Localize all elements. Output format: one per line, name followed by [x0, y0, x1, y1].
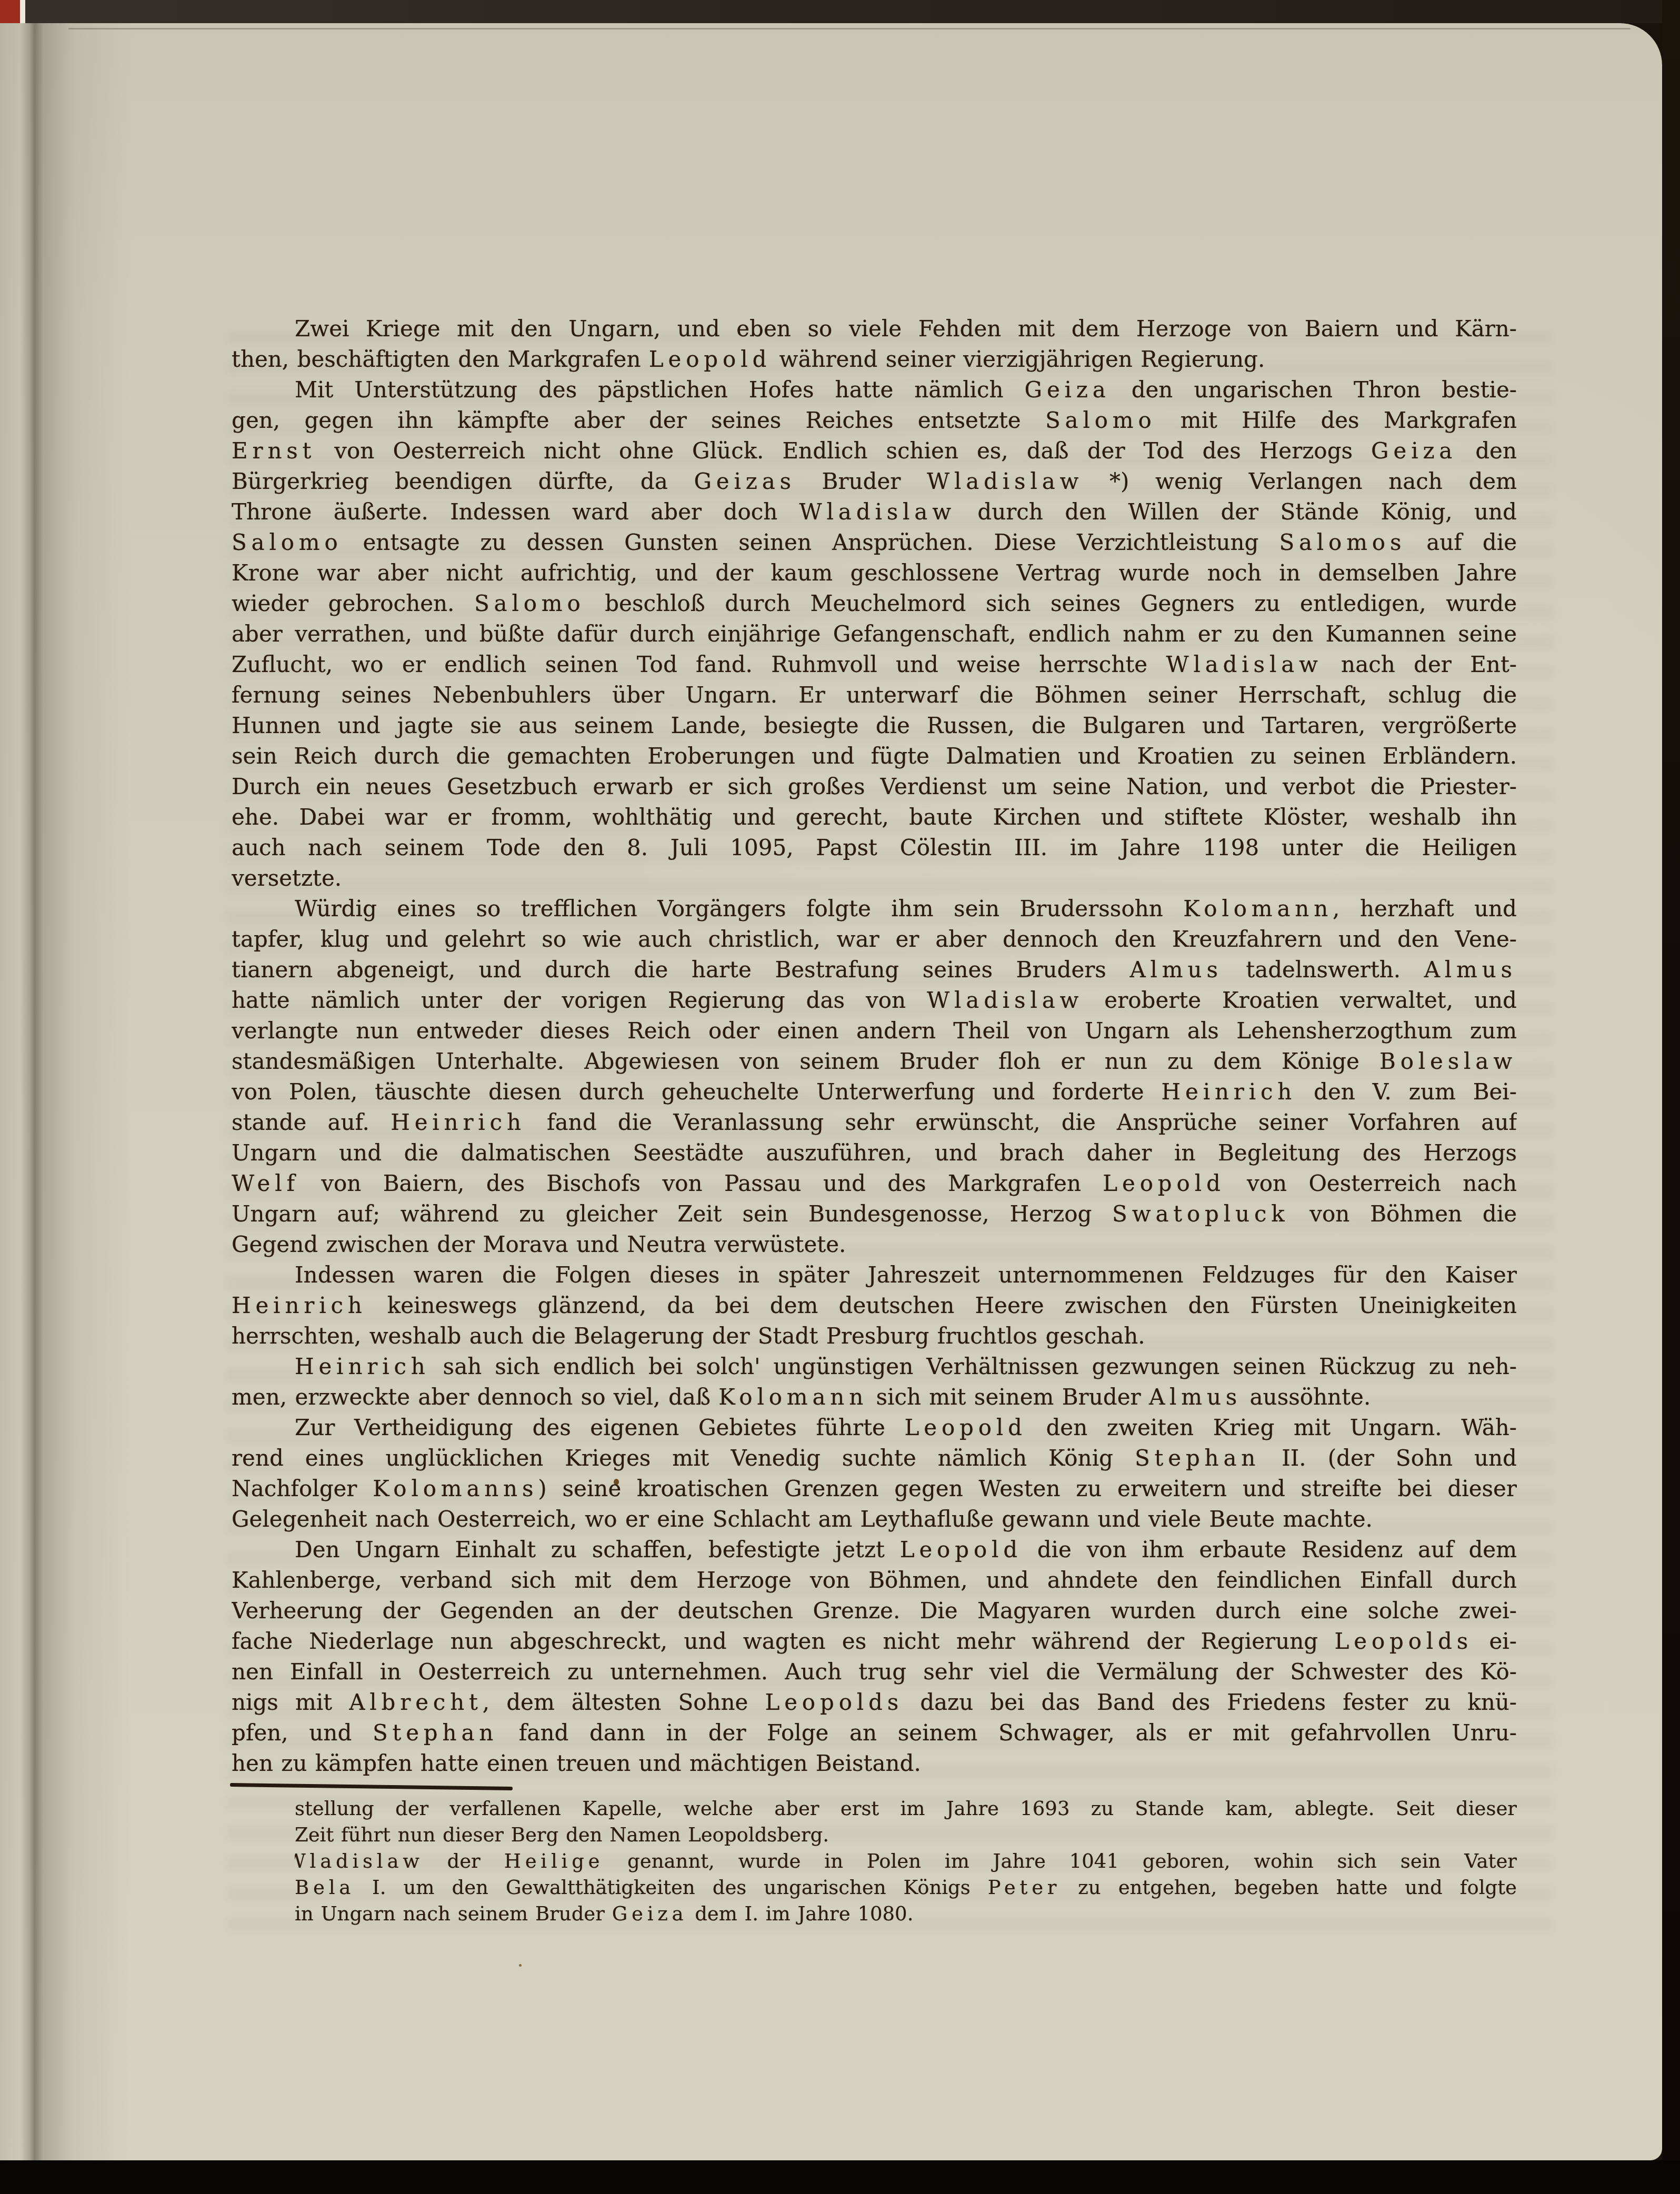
text-run: Mit Unterstützung des päpstlichen Hofes …: [295, 377, 1025, 403]
text-run: sah sich endlich bei solch' ungünstigen …: [430, 1354, 1517, 1379]
text-run: tianern abgeneigt, und durch die harte B…: [232, 957, 1129, 983]
letterspaced-proper-name: Heinrich: [391, 1109, 526, 1135]
letterspaced-proper-name: Geiza: [1025, 377, 1111, 403]
text-run: beschloß durch Meuchelmord sich seines G…: [585, 590, 1517, 616]
letterspaced-proper-name: Bela: [295, 1876, 355, 1899]
text-line: Bela I. um den Gewaltthätigkeiten des un…: [295, 1875, 1517, 1901]
text-run: entsagte zu dessen Gunsten seinen Ansprü…: [343, 529, 1279, 555]
text-run: stellung der verfallenen Kapelle, welche…: [295, 1797, 1517, 1820]
text-run: der: [424, 1850, 504, 1872]
text-run: Bruder: [796, 468, 927, 494]
text-line: pfen, und Stephan fand dann in der Folge…: [232, 1718, 1517, 1748]
text-run: den V. zum Bei-: [1296, 1079, 1517, 1105]
text-run: Verheerung der Gegenden an der deutschen…: [232, 1598, 1517, 1624]
text-line: Zuflucht, wo er endlich seinen Tod fand.…: [232, 649, 1517, 680]
text-line: Zwei Kriege mit den Ungarn, und eben so …: [232, 314, 1517, 344]
text-line: Gelegenheit nach Oesterreich, wo er eine…: [232, 1504, 1517, 1535]
text-run: aber verrathen, und büßte dafür durch ei…: [232, 621, 1517, 647]
text-run: gen, gegen ihn kämpfte aber der seines R…: [232, 407, 1045, 433]
text-run: men, erzweckte aber dennoch so viel, daß: [232, 1384, 718, 1410]
photo-edge-right: [1662, 0, 1680, 2194]
letterspaced-proper-name: Wladislaw: [927, 987, 1083, 1013]
text-run: tapfer, klug und gelehrt so wie auch chr…: [232, 926, 1517, 952]
text-line: Den Ungarn Einhalt zu schaffen, befestig…: [232, 1535, 1517, 1565]
text-run: sich mit seinem Bruder: [868, 1384, 1149, 1410]
letterspaced-proper-name: Wladislaw: [927, 468, 1083, 494]
letterspaced-proper-name: Peter: [988, 1876, 1061, 1899]
text-line: Salomo entsagte zu dessen Gunsten seinen…: [232, 527, 1517, 558]
text-line: ehe. Dabei war er fromm, wohlthätig und …: [232, 802, 1517, 833]
text-run: nach der Ent-: [1323, 652, 1517, 677]
text-run: Kahlenberge, verband sich mit dem Herzog…: [232, 1567, 1517, 1593]
text-run: Zuflucht, wo er endlich seinen Tod fand.…: [232, 652, 1166, 677]
main-text-block: Zwei Kriege mit den Ungarn, und eben so …: [232, 314, 1517, 1779]
letterspaced-proper-name: Welf: [232, 1170, 299, 1196]
text-run: ehe. Dabei war er fromm, wohlthätig und …: [232, 804, 1517, 830]
text-run: mit Hilfe des Markgrafen: [1156, 407, 1517, 433]
letterspaced-proper-name: Wladislaw: [799, 499, 956, 525]
text-run: then, beschäftigten den Markgrafen: [232, 346, 649, 372]
letterspaced-proper-name: Leopolds: [765, 1689, 903, 1715]
text-run: fache Niederlage nun abgeschreckt, und w…: [232, 1628, 1335, 1654]
text-line: Bürgerkrieg beendigen dürfte, da Geizas …: [232, 466, 1517, 497]
text-run: dazu bei das Band des Friedens fester zu…: [903, 1689, 1517, 1715]
text-run: tadelnswerth.: [1223, 957, 1424, 983]
letterspaced-proper-name: Boleslaw: [1379, 1048, 1517, 1074]
text-run: Gelegenheit nach Oesterreich, wo er eine…: [232, 1506, 1373, 1532]
text-line: Würdig eines so trefflichen Vorgängers f…: [232, 894, 1517, 924]
text-run: Zeit führt nun dieser Berg den Namen Leo…: [295, 1824, 829, 1846]
text-line: standesmäßigen Unterhalte. Abgewiesen vo…: [232, 1046, 1517, 1077]
letterspaced-proper-name: Leopolds: [1335, 1628, 1473, 1654]
text-run: während seiner vierzigjährigen Regierung…: [771, 346, 1265, 372]
text-line: Kahlenberge, verband sich mit dem Herzog…: [232, 1565, 1517, 1596]
photo-edge-bottom: [0, 2160, 1680, 2194]
letterspaced-proper-name: Salomo: [232, 529, 343, 555]
letterspaced-proper-name: Albrecht: [349, 1689, 483, 1715]
text-line: Heinrich sah sich endlich bei solch' ung…: [232, 1351, 1517, 1382]
letterspaced-proper-name: Geizas: [694, 468, 795, 494]
text-run: die von ihm erbaute Residenz auf dem: [1022, 1537, 1517, 1562]
text-run: auch nach seinem Tode den 8. Juli 1095, …: [232, 835, 1517, 860]
letterspaced-proper-name: Wladislaw: [295, 1850, 424, 1872]
text-line: gen, gegen ihn kämpfte aber der seines R…: [232, 405, 1517, 436]
text-run: eroberte Kroatien verwaltet, und: [1083, 987, 1517, 1013]
letterspaced-proper-name: Leopold: [649, 346, 771, 372]
text-run: durch den Willen der Stände König, und: [956, 499, 1517, 525]
text-run: II. (der Sohn und: [1260, 1445, 1517, 1471]
text-line: stellung der verfallenen Kapelle, welche…: [295, 1796, 1517, 1822]
text-line: versetzte.: [232, 863, 1517, 894]
letterspaced-proper-name: Almus: [1129, 957, 1222, 983]
text-run: von Oesterreich nicht ohne Glück. Endlic…: [316, 438, 1371, 464]
text-run: Krone war aber nicht aufrichtig, und der…: [232, 560, 1517, 586]
text-run: fernung seines Nebenbuhlers über Ungarn.…: [232, 682, 1517, 708]
letterspaced-proper-name: Kolomann: [1183, 896, 1333, 921]
letterspaced-proper-name: Swatopluck: [1112, 1201, 1289, 1227]
text-line: Nachfolger Kolomanns) seine kroatischen …: [232, 1474, 1517, 1504]
text-run: Durch ein neues Gesetzbuch erwarb er sic…: [232, 774, 1517, 799]
text-run: von Polen, täuschte diesen durch geheuch…: [232, 1079, 1162, 1105]
text-line: fache Niederlage nun abgeschreckt, und w…: [232, 1626, 1517, 1657]
letterspaced-proper-name: Heinrich: [295, 1354, 430, 1379]
text-run: auf die: [1406, 529, 1517, 555]
text-line: Zur Vertheidigung des eigenen Gebietes f…: [232, 1412, 1517, 1443]
text-run: , herzhaft und: [1333, 896, 1517, 921]
text-run: pfen, und: [232, 1720, 373, 1746]
text-line: then, beschäftigten den Markgrafen Leopo…: [232, 344, 1517, 375]
text-line: herrschten, weshalb auch die Belagerung …: [232, 1321, 1517, 1351]
text-run: stande auf.: [232, 1109, 391, 1135]
letterspaced-proper-name: Stephan: [373, 1720, 498, 1746]
text-run: Nachfolger: [232, 1476, 373, 1501]
text-line: rend eines unglücklichen Krieges mit Ven…: [232, 1443, 1517, 1474]
text-run: Indessen waren die Folgen dieses in spät…: [295, 1262, 1517, 1288]
text-run: herrschten, weshalb auch die Belagerung …: [232, 1323, 1145, 1349]
letterspaced-proper-name: Kolomann: [718, 1384, 868, 1410]
book-page: Zwei Kriege mit den Ungarn, und eben so …: [0, 23, 1662, 2160]
text-run: zu entgehen, begeben hatte und folgte: [1061, 1876, 1517, 1899]
text-run: den ungarischen Thron bestie-: [1111, 377, 1517, 403]
text-line: tapfer, klug und gelehrt so wie auch chr…: [232, 924, 1517, 955]
text-run: von Baiern, des Bischofs von Passau und …: [299, 1170, 1103, 1196]
letterspaced-proper-name: Almus: [1424, 957, 1517, 983]
text-line: Ungarn und die dalmatischen Seestädte au…: [232, 1138, 1517, 1168]
text-line: auch nach seinem Tode den 8. Juli 1095, …: [232, 833, 1517, 863]
text-line: nen Einfall in Oesterreich zu unternehme…: [232, 1657, 1517, 1687]
text-line: verlangte nun entweder dieses Reich oder…: [232, 1016, 1517, 1046]
text-run: hen zu kämpfen hatte einen treuen und mä…: [232, 1750, 921, 1776]
text-line: men, erzweckte aber dennoch so viel, daß…: [232, 1382, 1517, 1412]
text-line: in Ungarn nach seinem Bruder Geiza dem I…: [295, 1901, 1517, 1927]
footnote-block: stellung der verfallenen Kapelle, welche…: [295, 1796, 1517, 1927]
paper-speck: [519, 1964, 522, 1967]
text-line: Krone war aber nicht aufrichtig, und der…: [232, 558, 1517, 588]
text-line: Durch ein neues Gesetzbuch erwarb er sic…: [232, 772, 1517, 802]
letterspaced-proper-name: Geiza: [1371, 438, 1457, 464]
text-run: Den Ungarn Einhalt zu schaffen, befestig…: [295, 1537, 900, 1562]
text-run: aussöhnte.: [1242, 1384, 1371, 1410]
text-line: wieder gebrochen. Salomo beschloß durch …: [232, 588, 1517, 619]
text-run: verlangte nun entweder dieses Reich oder…: [232, 1018, 1517, 1044]
letterspaced-proper-name: Kolomanns: [373, 1476, 538, 1501]
text-line: Throne äußerte. Indessen ward aber doch …: [232, 497, 1517, 527]
letterspaced-proper-name: Heilige: [504, 1850, 604, 1872]
text-line: Verheerung der Gegenden an der deutschen…: [232, 1596, 1517, 1626]
text-line: von Polen, täuschte diesen durch geheuch…: [232, 1077, 1517, 1107]
text-run: fand die Veranlassung sehr erwünscht, di…: [526, 1109, 1517, 1135]
text-run: Zwei Kriege mit den Ungarn, und eben so …: [295, 316, 1517, 342]
text-run: ei-: [1473, 1628, 1517, 1654]
letterspaced-proper-name: Heinrich: [1162, 1079, 1297, 1105]
text-line: Hunnen und jagte sie aus seinem Lande, b…: [232, 710, 1517, 741]
text-run: von Oesterreich nach: [1225, 1170, 1517, 1196]
letterspaced-proper-name: Salomo: [1045, 407, 1156, 433]
text-line: Ernst von Oesterreich nicht ohne Glück. …: [232, 436, 1517, 466]
text-line: Mit Unterstützung des päpstlichen Hofes …: [232, 375, 1517, 405]
letterspaced-proper-name: Leopold: [900, 1537, 1022, 1562]
letterspaced-proper-name: Wladislaw: [1166, 652, 1322, 677]
text-run: in Ungarn nach seinem Bruder: [295, 1902, 612, 1925]
letterspaced-proper-name: Leopold: [1103, 1170, 1225, 1196]
text-run: I. um den Gewaltthätigkeiten des ungaris…: [355, 1876, 988, 1899]
text-run: Würdig eines so trefflichen Vorgängers f…: [295, 896, 1183, 921]
text-run: Hunnen und jagte sie aus seinem Lande, b…: [232, 713, 1517, 738]
text-run: den zweiten Krieg mit Ungarn. Wäh-: [1027, 1415, 1517, 1440]
text-run: versetzte.: [232, 865, 342, 891]
text-line: Zeit führt nun dieser Berg den Namen Leo…: [295, 1822, 1517, 1848]
text-line: Ungarn auf; während zu gleicher Zeit sei…: [232, 1199, 1517, 1229]
letterspaced-proper-name: Stephan: [1135, 1445, 1260, 1471]
text-run: *) wenig Verlangen nach dem: [1083, 468, 1517, 494]
text-run: Zur Vertheidigung des eigenen Gebietes f…: [295, 1415, 905, 1440]
letterspaced-proper-name: Leopold: [905, 1415, 1027, 1440]
text-run: Bürgerkrieg beendigen dürfte, da: [232, 468, 694, 494]
text-run: Throne äußerte. Indessen ward aber doch: [232, 499, 799, 525]
text-run: dem I. im Jahre 1080.: [687, 1902, 913, 1925]
text-line: tianern abgeneigt, und durch die harte B…: [232, 955, 1517, 985]
page-scan-photo: Zwei Kriege mit den Ungarn, und eben so …: [0, 0, 1680, 2194]
text-run: Ungarn auf; während zu gleicher Zeit sei…: [232, 1201, 1112, 1227]
text-run: genannt, wurde in Polen im Jahre 1041 ge…: [604, 1850, 1517, 1872]
text-line: stande auf. Heinrich fand die Veranlassu…: [232, 1107, 1517, 1138]
letterspaced-proper-name: Heinrich: [232, 1293, 367, 1318]
text-line: *) Wladislaw der Heilige genannt, wurde …: [295, 1848, 1517, 1875]
letterspaced-proper-name: Almus: [1149, 1384, 1242, 1410]
text-line: aber verrathen, und büßte dafür durch ei…: [232, 619, 1517, 649]
text-line: Gegend zwischen der Morava und Neutra ve…: [232, 1229, 1517, 1260]
text-line: hatte nämlich unter der vorigen Regierun…: [232, 985, 1517, 1016]
letterspaced-proper-name: Salomos: [1279, 529, 1406, 555]
text-run: standesmäßigen Unterhalte. Abgewiesen vo…: [232, 1048, 1379, 1074]
text-run: wieder gebrochen.: [232, 590, 474, 616]
text-run: Ungarn und die dalmatischen Seestädte au…: [232, 1140, 1517, 1166]
text-run: nigs mit: [232, 1689, 349, 1715]
photo-edge-top: [0, 0, 1680, 23]
text-run: den: [1457, 438, 1517, 464]
gutter-shadow: [0, 23, 132, 2160]
binding-corner-mark: [0, 0, 20, 24]
text-line: Indessen waren die Folgen dieses in spät…: [232, 1260, 1517, 1290]
text-run: Gegend zwischen der Morava und Neutra ve…: [232, 1231, 846, 1257]
text-line: Welf von Baiern, des Bischofs von Passau…: [232, 1168, 1517, 1199]
text-run: fand dann in der Folge an seinem Schwage…: [498, 1720, 1517, 1746]
letterspaced-proper-name: Salomo: [474, 590, 585, 616]
text-run: rend eines unglücklichen Krieges mit Ven…: [232, 1445, 1135, 1471]
letterspaced-proper-name: Geiza: [612, 1902, 688, 1925]
text-line: fernung seines Nebenbuhlers über Ungarn.…: [232, 680, 1517, 710]
text-run: , dem ältesten Sohne: [483, 1689, 765, 1715]
text-run: ) seine kroatischen Grenzen gegen Westen…: [538, 1476, 1517, 1501]
page-edge-sliver: [20, 0, 25, 24]
text-run: nen Einfall in Oesterreich zu unternehme…: [232, 1659, 1517, 1685]
text-line: sein Reich durch die gemachten Eroberung…: [232, 741, 1517, 772]
text-line: Heinrich keineswegs glänzend, da bei dem…: [232, 1290, 1517, 1321]
text-run: sein Reich durch die gemachten Eroberung…: [232, 743, 1517, 769]
text-run: von Böhmen die: [1289, 1201, 1517, 1227]
text-run: keineswegs glänzend, da bei dem deutsche…: [367, 1293, 1517, 1318]
text-line: hen zu kämpfen hatte einen treuen und mä…: [232, 1748, 1517, 1779]
text-run: hatte nämlich unter der vorigen Regierun…: [232, 987, 927, 1013]
text-line: nigs mit Albrecht, dem ältesten Sohne Le…: [232, 1687, 1517, 1718]
letterspaced-proper-name: Ernst: [232, 438, 316, 464]
